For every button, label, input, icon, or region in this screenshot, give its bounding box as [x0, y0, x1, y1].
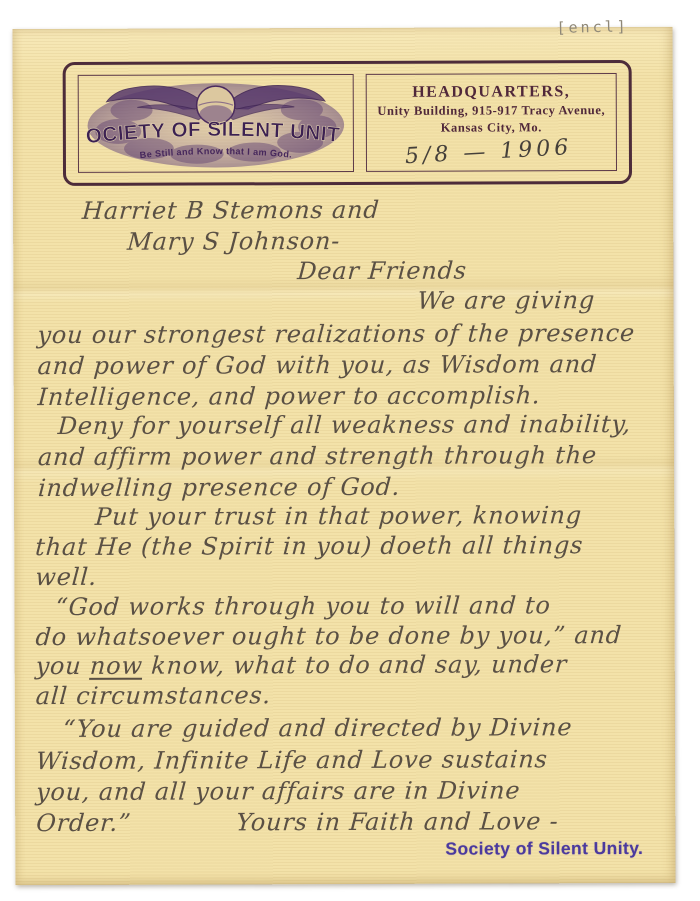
- handwriting-line: well.: [34, 563, 98, 591]
- handwriting-line: and power of God with you, as Wisdom and: [37, 350, 598, 380]
- handwriting-text: do whatsoever ought to be done by you,” …: [35, 621, 623, 651]
- handwriting-line: “You are guided and directed by Divine: [62, 713, 573, 743]
- handwriting-line: Mary S Johnson-: [126, 227, 341, 256]
- handwriting-line: Wisdom, Infinite Life and Love sustains: [35, 745, 549, 775]
- handwriting-line: Deny for yourself all weakness and inabi…: [57, 410, 632, 440]
- handwriting-text: We are giving: [417, 286, 597, 315]
- handwriting-text: all circumstances.: [35, 681, 272, 710]
- handwriting-line: Dear Friends: [296, 257, 467, 286]
- handwriting-text: now: [89, 652, 144, 680]
- letter-paper: [encl]: [13, 27, 676, 885]
- handwriting-text: and power of God with you, as Wisdom and: [37, 350, 598, 380]
- handwriting-line: indwelling presence of God.: [37, 473, 401, 502]
- handwriting-text: “You are guided and directed by Divine: [62, 713, 573, 743]
- handwriting-line: all circumstances.: [35, 681, 272, 710]
- handwriting-text: Intelligence, and power to accomplish.: [37, 381, 542, 411]
- handwriting-text: Yours in Faith and Love -: [235, 807, 559, 836]
- scan-background: [encl]: [0, 0, 700, 901]
- handwriting-text: indwelling presence of God.: [37, 473, 401, 502]
- handwriting-text: know, what to do and say, under: [142, 650, 568, 679]
- handwriting-text: Deny for yourself all weakness and inabi…: [57, 410, 632, 440]
- handwriting-text: you our strongest realizations of the pr…: [37, 319, 636, 349]
- handwriting-line: Intelligence, and power to accomplish.: [37, 381, 542, 411]
- handwriting-line: do whatsoever ought to be done by you,” …: [35, 621, 623, 651]
- handwriting-text: well.: [34, 563, 98, 591]
- handwriting-text: you, and all your affairs are in Divine: [35, 776, 521, 806]
- handwriting-text: Mary S Johnson-: [126, 227, 341, 256]
- handwriting-text: Order.”: [35, 809, 132, 837]
- handwriting-text: and affirm power and strength through th…: [37, 441, 598, 471]
- handwriting-text: “God works through you to will and to: [55, 591, 552, 621]
- handwriting-text: Harriet B Stemons and: [81, 196, 380, 225]
- handwriting-text: Dear Friends: [296, 257, 467, 286]
- handwriting-line: you now know, what to do and say, under: [35, 650, 568, 680]
- signature-stamp: Society of Silent Unity.: [445, 838, 643, 860]
- handwriting-line: Order.”Yours in Faith and Love -: [35, 807, 559, 837]
- letter-body: Harriet B Stemons andMary S Johnson-Dear…: [13, 27, 676, 885]
- handwriting-text: that He (the Spirit in you) doeth all th…: [34, 531, 584, 561]
- handwriting-line: We are giving: [417, 286, 597, 315]
- handwriting-line: you, and all your affairs are in Divine: [35, 776, 521, 806]
- handwriting-line: “God works through you to will and to: [55, 591, 552, 621]
- handwriting-line: and affirm power and strength through th…: [37, 441, 598, 471]
- handwriting-text: Wisdom, Infinite Life and Love sustains: [35, 745, 549, 775]
- handwriting-line: Put your trust in that power, knowing: [94, 501, 583, 531]
- handwriting-line: that He (the Spirit in you) doeth all th…: [34, 531, 584, 561]
- handwriting-text: you: [35, 652, 91, 680]
- handwriting-line: Harriet B Stemons and: [81, 196, 380, 225]
- handwriting-text: Put your trust in that power, knowing: [94, 501, 583, 531]
- handwriting-line: you our strongest realizations of the pr…: [37, 319, 636, 349]
